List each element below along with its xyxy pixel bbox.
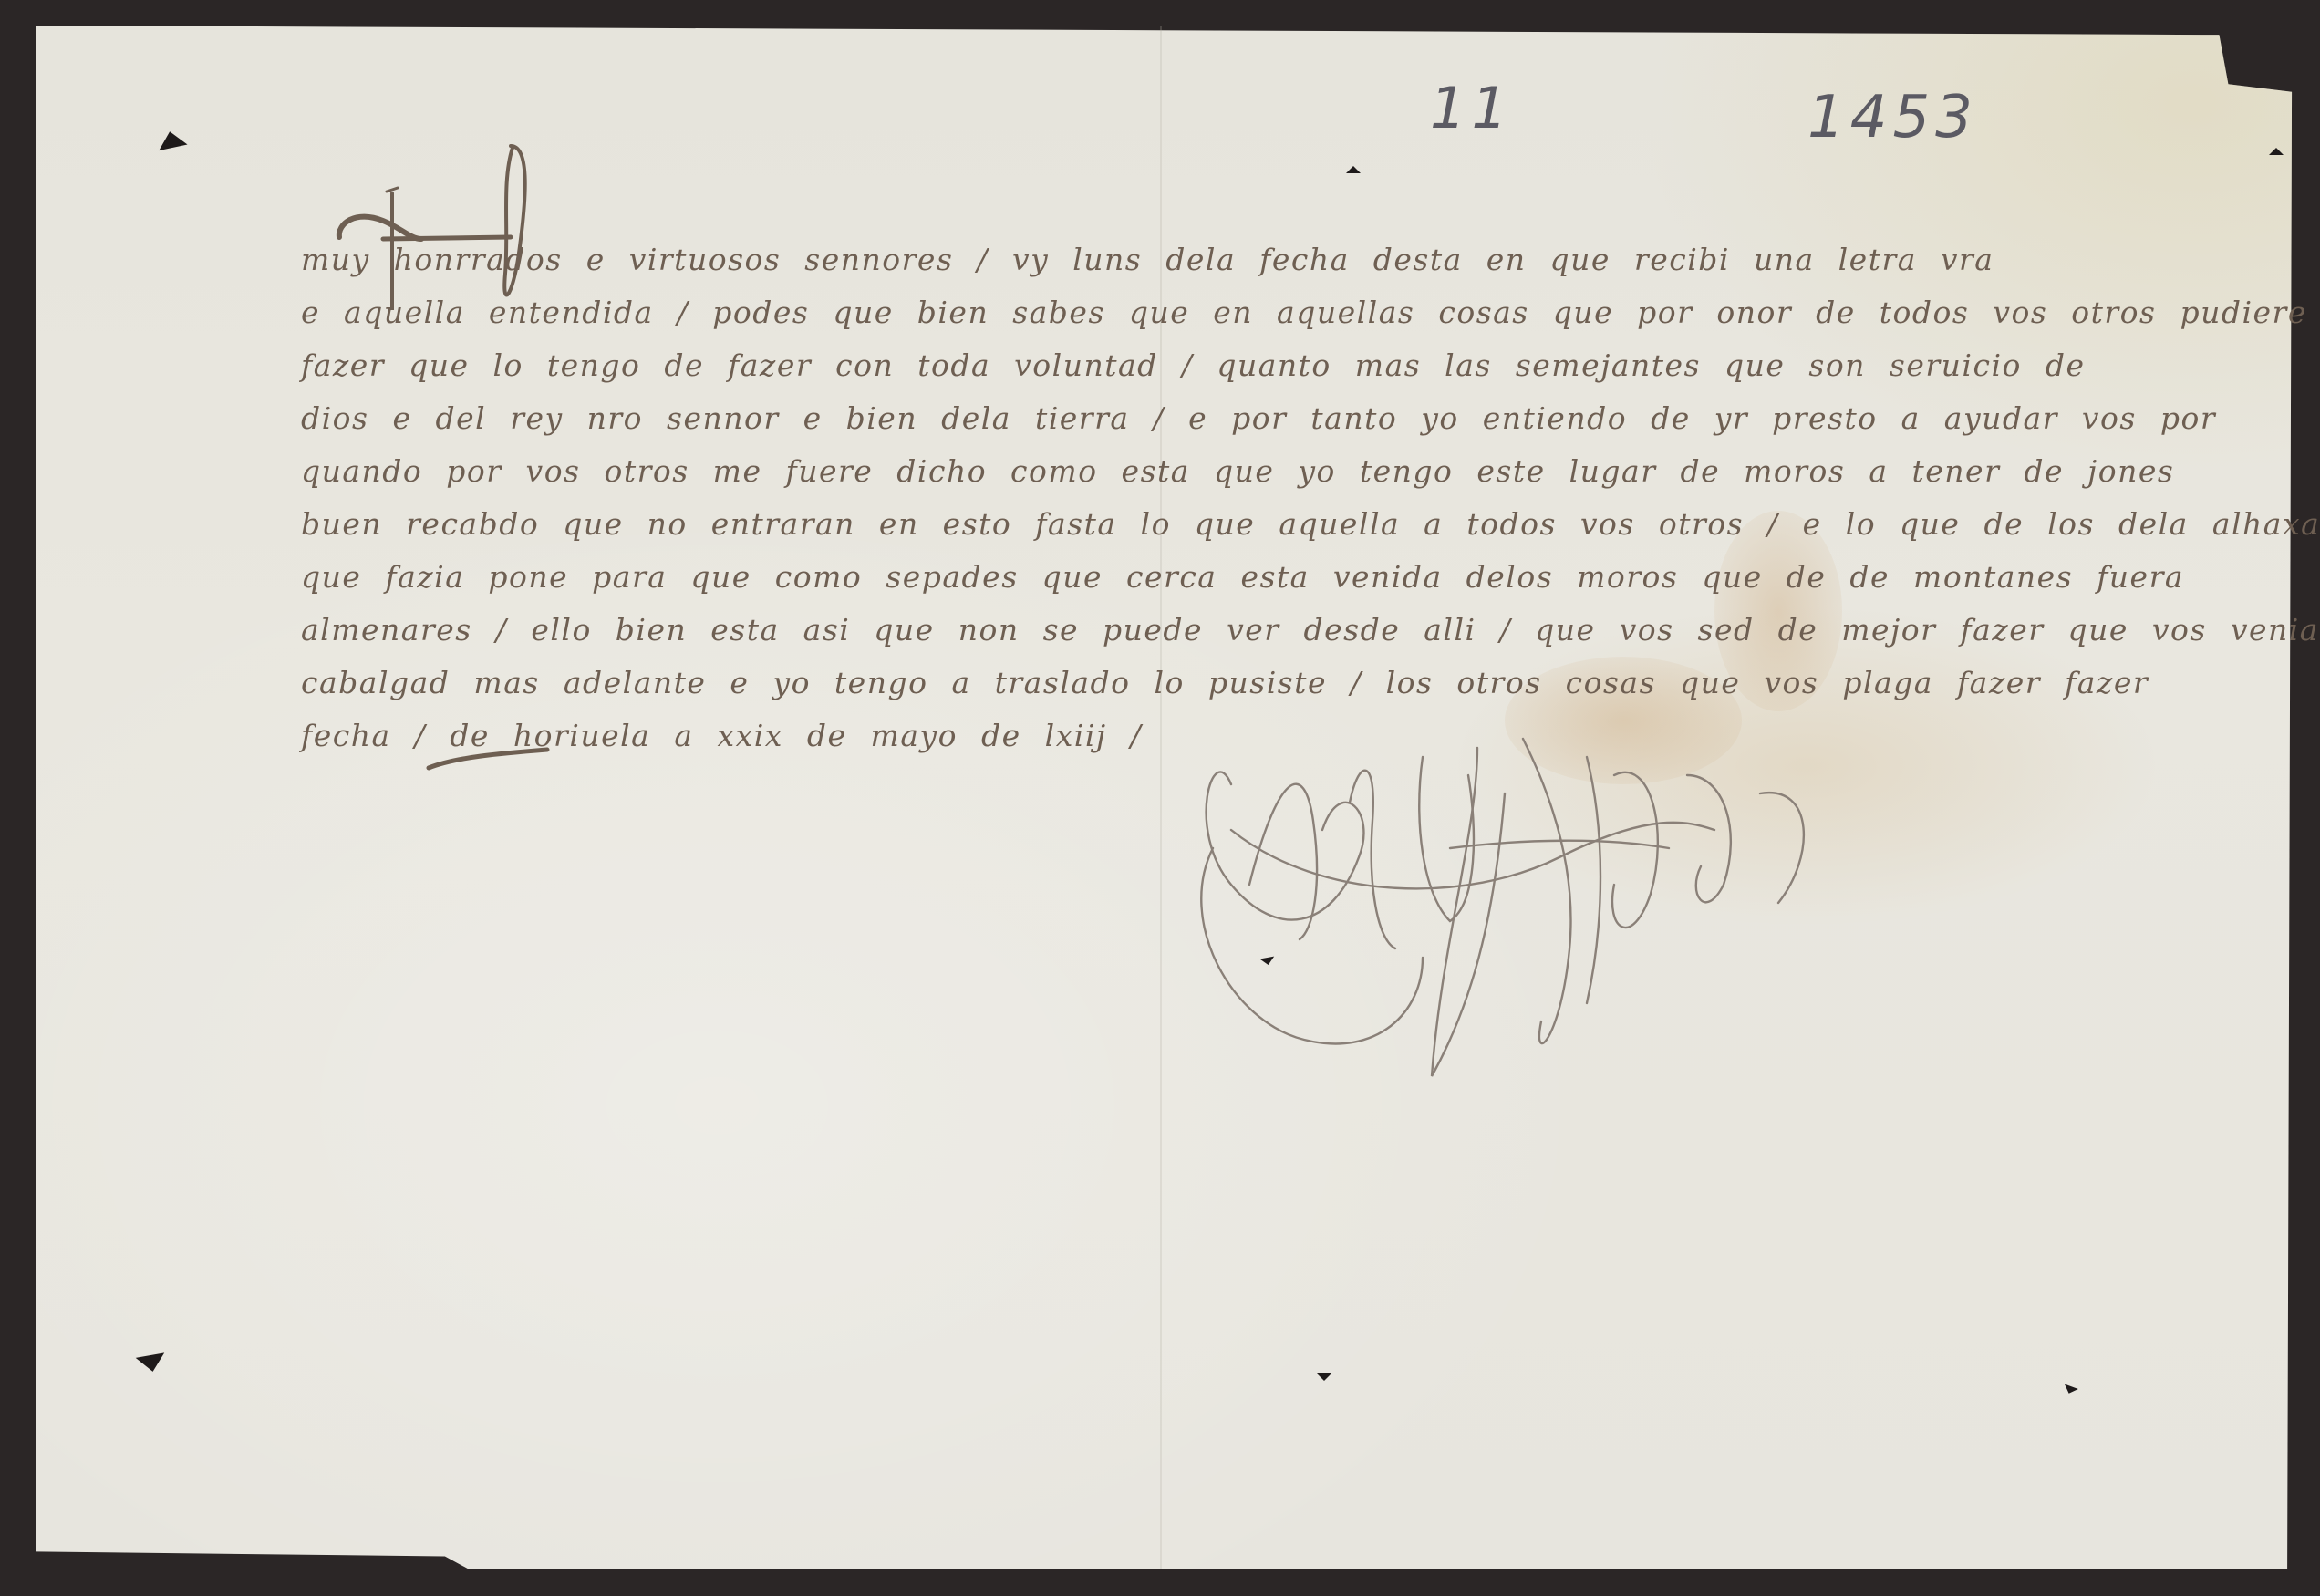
text-line: que fazia pone para que como sepades que…	[301, 559, 2184, 595]
punch-hole-top-middle	[1346, 166, 1361, 173]
initial-letter-h-icon	[319, 137, 575, 310]
text-line: dios e del rey nro sennor e bien dela ti…	[301, 400, 2216, 436]
year-annotation: 1453	[1807, 84, 1978, 151]
punch-hole-top-right	[2269, 148, 2284, 155]
royal-signature-icon	[1176, 720, 1851, 1104]
text-line: quando por vos otros me fuere dicho como…	[301, 453, 2174, 489]
text-line: cabalgad mas adelante e yo tengo a trasl…	[301, 665, 2149, 700]
flourish-underline-icon	[419, 741, 565, 777]
text-line: e aquella entendida / podes que bien sab…	[301, 295, 2307, 330]
text-line: muy honrrados e virtuosos sennores / vy …	[301, 242, 1994, 277]
text-line: almenares / ello bien esta asi que non s…	[301, 612, 2319, 648]
text-line: fazer que lo tengo de fazer con toda vol…	[301, 347, 2086, 383]
text-line: buen recabdo que no entraran en esto fas…	[301, 506, 2320, 542]
folio-number: 11	[1430, 75, 1513, 141]
punch-hole-lower-center	[1317, 1373, 1331, 1381]
